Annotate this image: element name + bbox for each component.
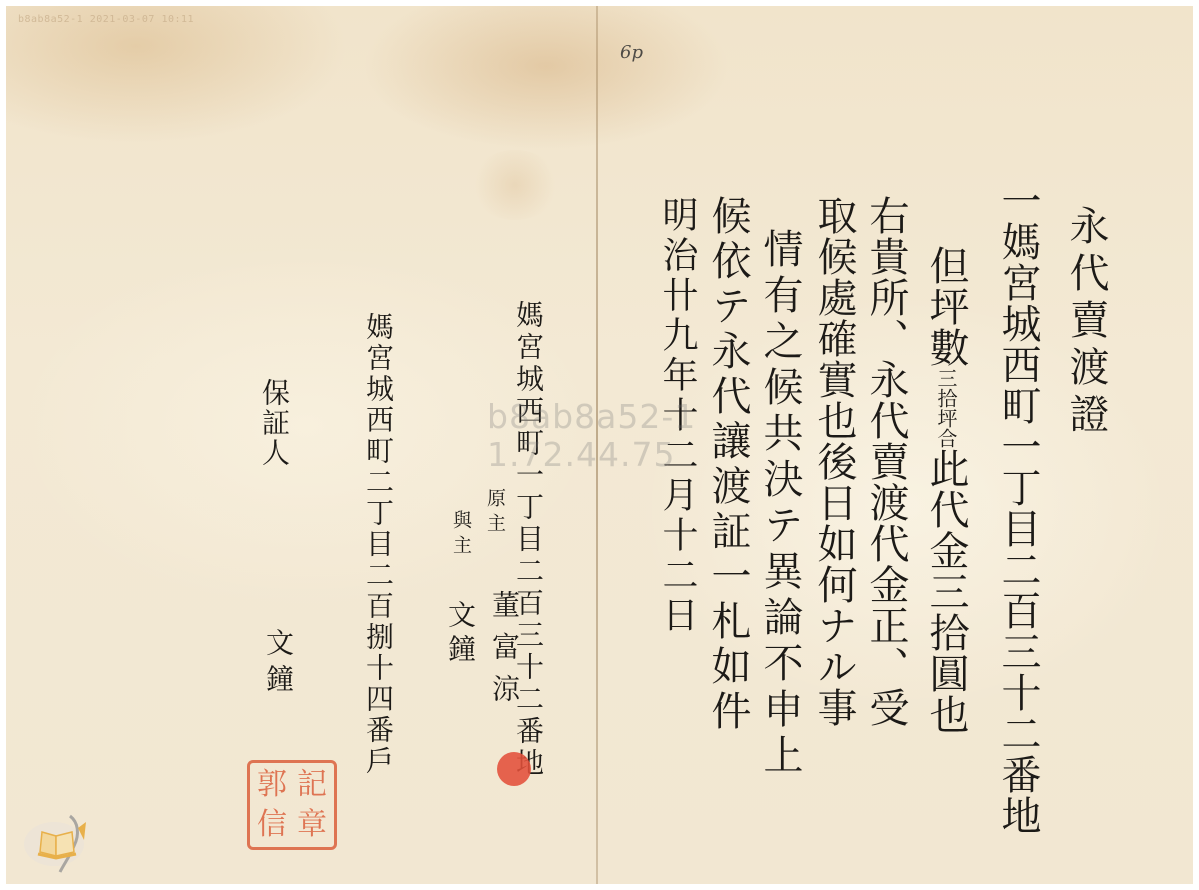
seller-name-2: 文鐘: [440, 600, 480, 668]
scan-id-timestamp: b8ab8a52-1 2021-03-07 10:11: [18, 14, 194, 25]
body-line-2: 取候處確實也後日如何ナル事: [806, 195, 863, 728]
body-line-3: 情有之候共決テ異論不申上: [752, 228, 809, 780]
area-suffix: 此代金三拾圓也: [923, 448, 969, 735]
seller-name-1: 董富涼: [484, 590, 524, 716]
seal-char-2: 記: [292, 765, 332, 805]
seller-red-seal: [497, 752, 531, 786]
guarantor-label: 保証人: [254, 378, 294, 468]
guarantor-name: 文鐘: [258, 628, 298, 700]
body-line-1: 右貴所、永代賣渡代金正、受: [858, 195, 915, 728]
body-line-4: 候依テ永代讓渡証一札如件: [700, 195, 757, 735]
seal-char-1: 郭: [252, 765, 292, 805]
overlay-watermark: b8ab8a52-1 1.72.44.75: [487, 398, 696, 474]
seller-role-1: 原主: [482, 488, 509, 538]
seal-char-4: 章: [292, 805, 332, 845]
guarantor-address: 媽宮城西町二丁目二百捌十四番戶: [358, 312, 398, 777]
guarantor-square-seal: 郭 記 信 章: [247, 760, 337, 850]
property-line: 一媽宮城西町一丁目二百三十二番地: [990, 180, 1047, 836]
page-number: 6p: [620, 42, 643, 63]
document-title: 永代賣渡證: [1058, 205, 1115, 440]
open-book-taiwan-logo-icon: [20, 808, 100, 878]
watermark-line-2: 1.72.44.75: [487, 436, 696, 474]
watermark-line-1: b8ab8a52-1: [487, 398, 696, 436]
area-annotation-2: 合: [934, 428, 958, 448]
area-prefix: 但坪數: [923, 245, 969, 368]
area-line: 但坪數三拾坪合此代金三拾圓也: [918, 245, 975, 735]
seal-char-3: 信: [252, 805, 292, 845]
seller-role-2: 與主: [448, 510, 475, 560]
area-annotation: 三拾坪: [934, 368, 958, 428]
paper-stain: [470, 150, 560, 220]
